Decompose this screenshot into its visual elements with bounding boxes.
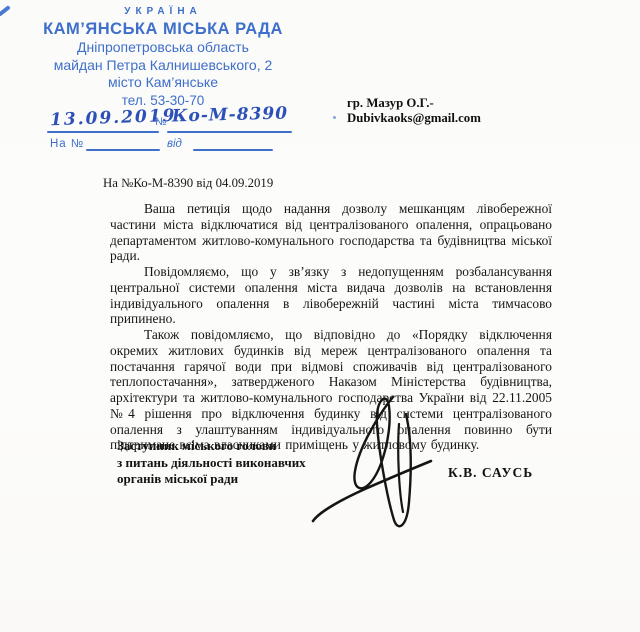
incoming-reference-row: На № від — [0, 137, 340, 155]
stamp-country: УКРАЇНА — [33, 5, 293, 18]
registration-row: 13.09.2019 № Ко-М-8390 — [0, 104, 340, 138]
stamp-ink-smudge — [0, 5, 11, 17]
reference-line: На №Ко-М-8390 від 04.09.2019 — [103, 176, 273, 191]
number-sign: № — [155, 116, 167, 128]
form-line — [47, 131, 159, 133]
letterhead-stamp: УКРАЇНА КАМ’ЯНСЬКА МІСЬКА РАДА Дніпропет… — [33, 5, 293, 109]
form-na-label: На № — [50, 138, 84, 150]
stamp-street-address: майдан Петра Калнишевського, 2 — [33, 57, 293, 75]
body-paragraph-1: Ваша петиція щодо надання дозволу мешкан… — [110, 201, 552, 264]
addressee-block: гр. Мазур О.Г.- Dubivkaoks@gmail.com — [347, 96, 481, 125]
scanned-letter: УКРАЇНА КАМ’ЯНСЬКА МІСЬКА РАДА Дніпропет… — [0, 0, 640, 632]
addressee-email: Dubivkaoks@gmail.com — [347, 111, 481, 126]
stamp-region: Дніпропетровська область — [33, 39, 293, 57]
body-paragraph-2: Повідомляємо, що у зв’язку з недопущення… — [110, 264, 552, 327]
form-vid-label: від — [167, 138, 182, 150]
form-line — [167, 131, 292, 133]
form-line — [193, 149, 273, 151]
form-line — [86, 149, 160, 151]
outgoing-number-handwritten: Ко-М-8390 — [172, 103, 289, 126]
addressee-name: гр. Мазур О.Г.- — [347, 96, 481, 111]
stamp-organization-name: КАМ’ЯНСЬКА МІСЬКА РАДА — [33, 19, 293, 39]
signatory-name: К.В. САУСЬ — [448, 465, 533, 481]
stamp-city: місто Кам’янське — [33, 74, 293, 92]
handwritten-signature — [290, 380, 460, 555]
